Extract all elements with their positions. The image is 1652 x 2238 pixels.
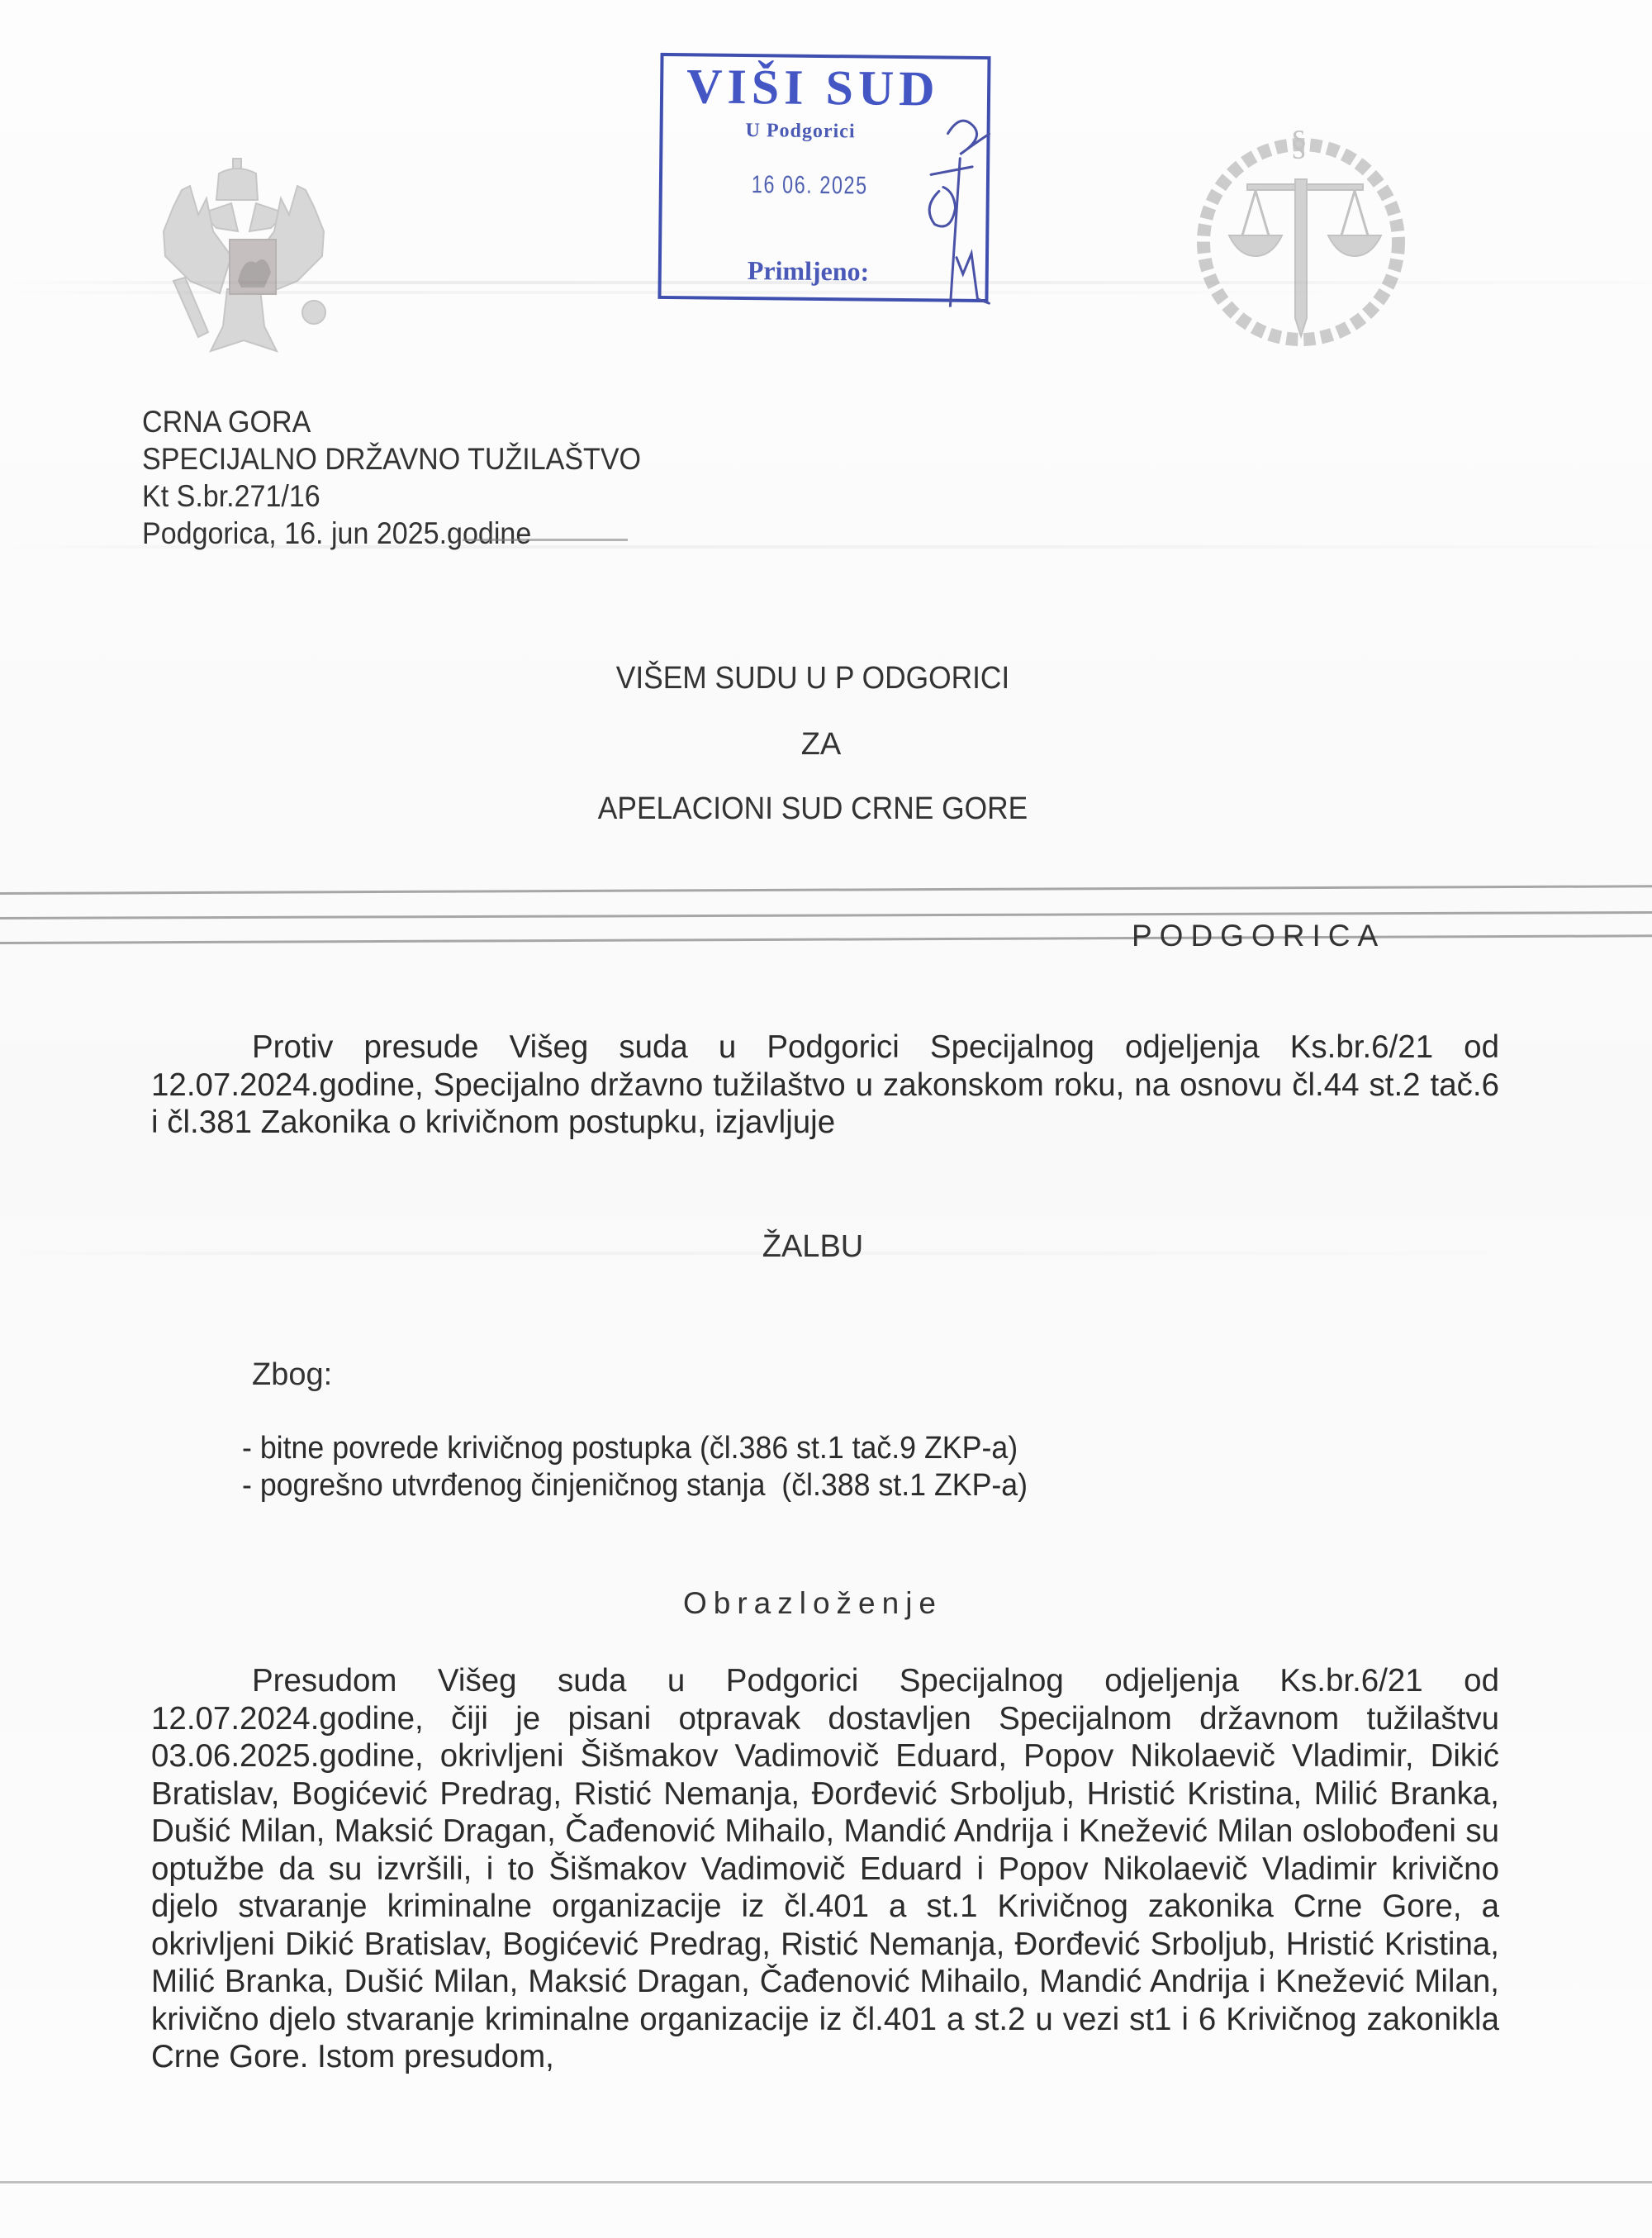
scanned-document-page: § VIŠI SUD U Podgorici 16 06. 2025 Priml… — [0, 0, 1652, 2238]
coat-of-arms-icon — [140, 149, 347, 363]
svg-text:§: § — [1290, 125, 1308, 163]
grounds-item: - bitne povrede krivičnog postupka (čl.3… — [242, 1430, 1028, 1467]
grounds-item: - pogrešno utvrđenog činjeničnog stanja … — [242, 1467, 1028, 1504]
addressee-city: PODGORICA — [1132, 919, 1385, 953]
stamp-date: 16 06. 2025 — [752, 171, 868, 200]
court-receipt-stamp: VIŠI SUD U Podgorici 16 06. 2025 Primlje… — [657, 53, 990, 302]
intro-paragraph: Protiv presude Višeg suda u Podgorici Sp… — [151, 1029, 1499, 1142]
addressee-appellate-court: APELACIONI SUD CRNE GORE — [45, 791, 1581, 827]
grounds-list: - bitne povrede krivičnog postupka (čl.3… — [242, 1430, 1028, 1504]
scan-artifact-line — [463, 539, 628, 541]
country-name: CRNA GORA — [142, 403, 641, 440]
sender-header: CRNA GORA SPECIJALNO DRŽAVNO TUŽILAŠTVO … — [142, 403, 641, 552]
reasoning-paragraph: Presudom Višeg suda u Podgorici Specijal… — [151, 1662, 1499, 2076]
document-type-heading: ŽALBU — [0, 1229, 1639, 1265]
institution-name: SPECIJALNO DRŽAVNO TUŽILAŠTVO — [142, 440, 641, 478]
stamp-subtitle: U Podgorici — [745, 120, 855, 143]
grounds-label: Zbog: — [252, 1357, 332, 1393]
addressee-court: VIŠEM SUDU U P ODGORICI — [45, 661, 1581, 696]
horizontal-rule — [0, 885, 1652, 895]
justice-emblem-icon: § — [1181, 120, 1421, 355]
stamp-received-label: Primljeno: — [748, 255, 870, 287]
reasoning-text: Presudom Višeg suda u Podgorici Specijal… — [151, 1663, 1499, 2074]
horizontal-rule — [0, 911, 1652, 919]
handwritten-signature-icon — [913, 108, 998, 307]
intro-text: Protiv presude Višeg suda u Podgorici Sp… — [151, 1029, 1499, 1140]
page-edge-line — [0, 2181, 1652, 2183]
addressee-for: ZA — [0, 727, 1647, 763]
place-and-date: Podgorica, 16. jun 2025.godine — [142, 515, 641, 552]
stamp-title: VIŠI SUD — [686, 61, 968, 114]
case-number: Kt S.br.271/16 — [142, 478, 641, 515]
reasoning-heading: Obrazloženje — [0, 1586, 1639, 1621]
horizontal-rule — [0, 934, 1652, 944]
